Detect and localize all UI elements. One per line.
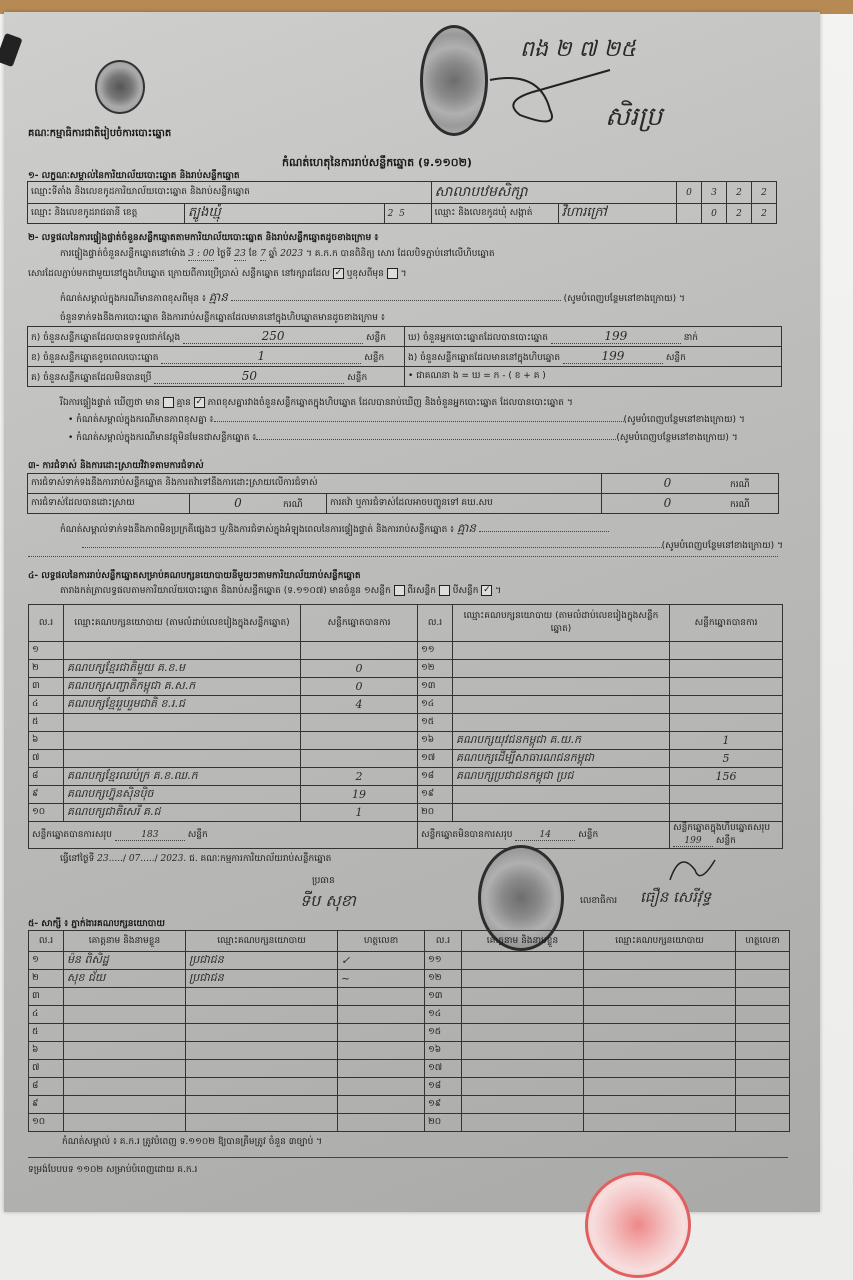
forwarded-label: ការតវ៉ា ឬការជំទាស់ដែលអាចបញ្ជូនទៅ គឃ.សប xyxy=(327,494,602,514)
case-unit: ករណី xyxy=(283,500,303,510)
section1-table: ឈ្មោះទីតាំង និងលេខកូដការិយាល័យបោះឆ្នោត ន… xyxy=(27,181,777,224)
witness-name xyxy=(64,1096,186,1114)
witness-name xyxy=(64,1024,186,1042)
unit-label: សន្លឹក xyxy=(666,353,686,363)
row-no: ៧ xyxy=(29,750,64,768)
party-name xyxy=(64,714,301,732)
vote-count: 4 xyxy=(301,696,418,714)
party-name xyxy=(453,696,670,714)
witness-party: ប្រជាជន xyxy=(186,952,338,970)
witness-signature xyxy=(736,1024,790,1042)
count-month: 7 xyxy=(260,248,266,261)
row-no: ៨ xyxy=(29,1078,64,1096)
table-row: ៣១៣ xyxy=(29,988,790,1006)
party-name: គណបក្សដើម្បីសាធារណជនកម្ពុជា xyxy=(453,750,670,768)
witness-party xyxy=(186,1114,338,1132)
section2-line2: សោរដែលភ្ជាប់មកជាមួយនៅក្នុងហិបឆ្នោត ក្រោយ… xyxy=(28,268,407,280)
witness-party xyxy=(584,1006,736,1024)
section3-fill-hint: (សូមបំពេញបន្ថែមនៅខាងក្រោយ) ។ xyxy=(28,540,783,552)
col-no: ល.រ xyxy=(418,605,453,642)
nec-logo-icon xyxy=(95,60,145,114)
count-a-value: 250 xyxy=(183,329,363,344)
form-footer: ទម្រង់បែបបទ ១១០២ សម្រាប់បំពេញដោយ គ.ក.រ xyxy=(28,1164,197,1176)
table-row: ៦១៦គណបក្សយុវជនកម្ពុជា គ.យ.ក1 xyxy=(29,732,783,750)
table-row: ២គណបក្សខ្មែរជាតិមួយ គ.ខ.ម0១២ xyxy=(29,660,783,678)
witness-party xyxy=(584,1114,736,1132)
witness-party xyxy=(186,1078,338,1096)
unit-label: សន្លឹក xyxy=(366,333,386,343)
total-box-value: 199 xyxy=(673,836,713,847)
party-name xyxy=(64,642,301,660)
province-value: ត្បូងឃ្មុំ xyxy=(185,204,385,224)
table-row: ៣គណបក្សសញ្ជាតិកម្ពុជា គ.ស.ក0១៣ xyxy=(29,678,783,696)
province-code-digit: 5 xyxy=(399,209,405,219)
count-b-value: 1 xyxy=(161,349,361,364)
count-c-label: គ) ចំនួនសន្លឹកឆ្នោតដែលមិនបានប្រើ xyxy=(31,373,151,383)
table-row: ៩គណបក្សហ្វ៊ុនស៊ិនប៉ិច19១៩ xyxy=(29,786,783,804)
secretary-label: លេខាធិការ xyxy=(580,895,617,907)
witness-name xyxy=(462,1060,584,1078)
commune-code-digit: 2 xyxy=(727,204,752,224)
province-code-digit: 2 xyxy=(388,209,394,219)
witness-name: ម៉ន ពិសិដ្ឋ xyxy=(64,952,186,970)
row-no: ១៩ xyxy=(425,1096,462,1114)
count-d-label: ឃ) ចំនួនអ្នកបោះឆ្នោតដែលបានបោះឆ្នោត xyxy=(408,333,548,343)
note-value: គ្មាន xyxy=(457,521,476,535)
row-no: ១១ xyxy=(425,952,462,970)
witness-name xyxy=(64,1060,186,1078)
party-name xyxy=(453,642,670,660)
section2-line1: ការផ្ទៀងផ្ទាត់ចំនួនសន្លឹកឆ្នោតនៅម៉ោង 3 :… xyxy=(60,248,780,261)
witness-name xyxy=(64,988,186,1006)
party-name: គណបក្សខ្មែរជាតិមួយ គ.ខ.ម xyxy=(64,660,301,678)
row-no: ១១ xyxy=(418,642,453,660)
col-party: ឈ្មោះគណបក្សនយោបាយ (តាមលំដាប់លេខរៀងក្នុងស… xyxy=(64,605,301,642)
witness-signature xyxy=(736,970,790,988)
vote-count xyxy=(301,732,418,750)
row-no: ១៧ xyxy=(418,750,453,768)
count-time: 3 : 00 xyxy=(188,248,214,261)
row-no: ៧ xyxy=(29,1060,64,1078)
vote-count xyxy=(670,678,783,696)
commune-value: វិហារក្រៅ xyxy=(558,204,676,224)
witness-party xyxy=(186,1006,338,1024)
forwarded-value: 0 xyxy=(605,496,730,510)
changed-checkbox[interactable] xyxy=(387,268,398,279)
party-name: គណបក្សសញ្ជាតិកម្ពុជា គ.ស.ក xyxy=(64,678,301,696)
fill-hint: (សូមបំពេញបន្ថែមនៅខាងក្រោយ) ។ xyxy=(616,433,737,443)
table-row: ៩១៩ xyxy=(29,1096,790,1114)
row-no: ១៧ xyxy=(425,1060,462,1078)
witness-name xyxy=(462,970,584,988)
date-month: 07 xyxy=(129,854,140,864)
diff-prefix: រីឯការផ្ទៀងផ្ទាត់ ឃើញថា មាន xyxy=(60,398,160,408)
witness-signature xyxy=(736,1096,790,1114)
section3-title: ៣- ការជំទាស់ និងការដោះស្រាយវិវាទតាមការជំ… xyxy=(28,460,204,472)
witness-signature xyxy=(338,1042,425,1060)
row-no: ១៦ xyxy=(418,732,453,750)
line1-suffix: ។ គ.ក.ក បានពិនិត្យ សោរ ដែលបិទភ្ជាប់នៅលើហ… xyxy=(306,249,495,259)
row-no: ១៨ xyxy=(425,1078,462,1096)
witness-party xyxy=(584,1060,736,1078)
location-code-digit: 0 xyxy=(677,182,702,204)
unit-label: សន្លឹក xyxy=(347,373,367,383)
witness-signature xyxy=(338,988,425,1006)
table-row: ៥១៥ xyxy=(29,714,783,732)
row-no: ៨ xyxy=(29,768,64,786)
witness-signature xyxy=(338,1078,425,1096)
row-no: ១៤ xyxy=(425,1006,462,1024)
party-name xyxy=(453,786,670,804)
row-no: ១២ xyxy=(425,970,462,988)
signature-scribble-icon xyxy=(480,60,620,130)
table-row: ៦១៦ xyxy=(29,1042,790,1060)
row-no: ១៥ xyxy=(418,714,453,732)
party-name: គណបក្សយុវជនកម្ពុជា គ.យ.ក xyxy=(453,732,670,750)
divider xyxy=(28,1157,788,1158)
witness-table: ល.រ គោត្តនាម និងនាមខ្លួន ឈ្មោះគណបក្សនយោប… xyxy=(28,930,790,1132)
row-no: ១៦ xyxy=(425,1042,462,1060)
dotted-line xyxy=(28,556,778,557)
fill-hint: (សូមបំពេញបន្ថែមនៅខាងក្រោយ) ។ xyxy=(564,294,685,304)
witness-party xyxy=(186,1096,338,1114)
count-e-value: 199 xyxy=(563,349,663,364)
footnote: កំណត់សម្គាល់ ៖ គ.ក.រ ត្រូវបំពេញ ទ.១១០២ ឱ… xyxy=(62,1136,322,1148)
row-no: ៩ xyxy=(29,786,64,804)
row-no: ១០ xyxy=(29,1114,64,1132)
signoff-date: ធ្វើនៅថ្ងៃទី 23...../ 07...../ 2023. ជ. … xyxy=(60,853,331,865)
total-invalid-value: 14 xyxy=(515,830,575,841)
resolved-label: ការជំទាស់ដែលបានដោះស្រាយ xyxy=(28,494,190,514)
bullet2-label: • កំណត់សម្គាល់ក្នុងករណីមានវត្ថុមិនមែនជាស… xyxy=(68,433,256,443)
section4-intro: តារាងកត់ត្រាលទ្ធផលតាមការិយាល័យបោះឆ្នោត ន… xyxy=(60,585,501,597)
top-signature-note: សិរប្រ xyxy=(605,100,662,138)
count-day: 23 xyxy=(234,248,245,261)
row-no: ៥ xyxy=(29,1024,64,1042)
witness-party xyxy=(186,988,338,1006)
bullet1-label: • កំណត់សម្គាល់ក្នុងករណីមានភាពខុសគ្នា ៖ xyxy=(68,415,214,425)
counts-table: ក) ចំនួនសន្លឹកឆ្នោតដែលបានទទួលជាក់ស្តែង 2… xyxy=(27,326,782,387)
table-row: ១០គណបក្សជាតិសេរី គ.ជ1២០ xyxy=(29,804,783,822)
count-c-value: 50 xyxy=(154,369,344,384)
secretary-signature: ធឿន សេរីវុទ្ធ xyxy=(640,888,711,910)
location-code-digit: 2 xyxy=(752,182,777,204)
committee-label: ជ. គណៈកម្មការការិយាល័យរាប់សន្លឹកឆ្នោត xyxy=(189,854,331,864)
objection-row1-value: 0 xyxy=(605,476,730,490)
diff-suffix: ភាពខុសគ្នារវាងចំនួនសន្លឹកឆ្នោតក្នុងហិបឆ្… xyxy=(208,398,573,408)
table-row: ១០២០ xyxy=(29,1114,790,1132)
witness-name xyxy=(462,1006,584,1024)
witness-party xyxy=(186,1060,338,1078)
col-party: ឈ្មោះគណបក្សនយោបាយ xyxy=(584,931,736,952)
col-name: គោត្តនាម និងនាមខ្លួន xyxy=(64,931,186,952)
witness-party xyxy=(584,1042,736,1060)
witness-signature xyxy=(736,1078,790,1096)
row-no: ៣ xyxy=(29,678,64,696)
total-invalid-label: សន្លឹកឆ្នោតមិនបានការសរុប xyxy=(421,830,512,840)
witness-signature xyxy=(736,988,790,1006)
table-row: ១ម៉ន ពិសិដ្ឋប្រជាជន✓១១ xyxy=(29,952,790,970)
witness-party xyxy=(584,988,736,1006)
diff-has-checkbox[interactable] xyxy=(163,397,174,408)
witness-signature xyxy=(338,1060,425,1078)
witness-signature xyxy=(736,952,790,970)
unit-label: សន្លឹក xyxy=(578,830,598,840)
witness-name: សុខ ជ័យ xyxy=(64,970,186,988)
witness-name xyxy=(462,1042,584,1060)
commune-code-digit: 2 xyxy=(752,204,777,224)
unit-label: នាក់ xyxy=(684,333,698,343)
vote-count: 156 xyxy=(670,768,783,786)
formula: • ជាគណនា ង = ឃ = ក - ( ខ + គ ) xyxy=(405,367,782,387)
witness-party xyxy=(584,952,736,970)
row-no: ៤ xyxy=(29,696,64,714)
note-value: គ្មាន xyxy=(209,290,228,304)
year-label: ឆ្នាំ xyxy=(269,249,278,259)
count-a-label: ក) ចំនួនសន្លឹកឆ្នោតដែលបានទទួលជាក់ស្តែង xyxy=(31,333,180,343)
witness-name xyxy=(462,1078,584,1096)
two-sheets-checkbox[interactable] xyxy=(439,585,450,596)
form-title: កំណត់ហេតុនៃការរាប់សន្លឹកឆ្នោត (ទ.១១០២) xyxy=(282,157,472,169)
vote-count xyxy=(301,750,418,768)
row-no: ១៤ xyxy=(418,696,453,714)
note-label: កំណត់សម្គាល់ទាក់ទងនឹងភាពមិនប្រក្រតីផ្សេង… xyxy=(60,525,454,535)
vote-count: 1 xyxy=(670,732,783,750)
one-sheet-checkbox[interactable] xyxy=(394,585,405,596)
row-no: ៦ xyxy=(29,732,64,750)
row-no: ២០ xyxy=(418,804,453,822)
witness-signature xyxy=(338,1006,425,1024)
date-label: ធ្វើនៅថ្ងៃទី xyxy=(60,854,94,864)
witness-name xyxy=(64,1042,186,1060)
three-sheets-label: បីសន្លឹក xyxy=(453,586,479,596)
party-name: គណបក្សហ្វ៊ុនស៊ិនប៉ិច xyxy=(64,786,301,804)
date-year: 2023 xyxy=(160,854,183,864)
vote-count xyxy=(670,714,783,732)
witness-signature xyxy=(736,1042,790,1060)
total-valid-label: សន្លឹកឆ្នោតបានការសរុប xyxy=(32,830,112,840)
section2-note: កំណត់សម្គាល់ក្នុងករណីមានភាពខុសពីមុន ៖ គ្… xyxy=(60,291,780,305)
intro-text: តារាងកត់ត្រាលទ្ធផលតាមការិយាល័យបោះឆ្នោត ន… xyxy=(60,586,391,596)
party-name: គណបក្សប្រជាជនកម្ពុជា ប្រជ xyxy=(453,768,670,786)
two-sheets-label: ពីរសន្លឹក xyxy=(407,586,436,596)
witness-name xyxy=(64,1114,186,1132)
diff-none-checkbox[interactable]: ✓ xyxy=(194,397,205,408)
vote-count xyxy=(670,660,783,678)
witness-name xyxy=(462,952,584,970)
col-no: ល.រ xyxy=(29,605,64,642)
party-name xyxy=(453,714,670,732)
vote-count: 0 xyxy=(301,660,418,678)
vote-count xyxy=(670,642,783,660)
col-party: ឈ្មោះគណបក្សនយោបាយ (តាមលំដាប់លេខរៀងក្នុងស… xyxy=(453,605,670,642)
count-b-label: ខ) ចំនួនសន្លឹកឆ្នោតខូចពេលបោះឆ្នោត xyxy=(31,353,158,363)
row-no: ១៨ xyxy=(418,768,453,786)
line1-prefix: ការផ្ទៀងផ្ទាត់ចំនួនសន្លឹកឆ្នោតនៅម៉ោង xyxy=(60,249,186,259)
witness-signature xyxy=(338,1114,425,1132)
row-no: ១ xyxy=(29,642,64,660)
party-name xyxy=(453,660,670,678)
table-row: ១១១ xyxy=(29,642,783,660)
vote-count xyxy=(670,696,783,714)
vote-count: 19 xyxy=(301,786,418,804)
party-name: គណបក្សជាតិសេរី គ.ជ xyxy=(64,804,301,822)
row-no: ១៩ xyxy=(418,786,453,804)
line2-text: សោរដែលភ្ជាប់មកជាមួយនៅក្នុងហិបឆ្នោត ក្រោយ… xyxy=(28,269,330,279)
province-label: ឈ្មោះ និងលេខកូដរាជធានី ខេត្ត xyxy=(28,204,185,224)
three-sheets-checkbox[interactable]: ✓ xyxy=(481,585,492,596)
col-sign: ហត្ថលេខា xyxy=(338,931,425,952)
witness-signature: ~ xyxy=(338,970,425,988)
witness-party xyxy=(584,1078,736,1096)
bullet1-line: • កំណត់សម្គាល់ក្នុងករណីមានភាពខុសគ្នា ៖(ស… xyxy=(68,414,783,426)
col-no: ល.រ xyxy=(29,931,64,952)
vote-count: 1 xyxy=(301,804,418,822)
day-label: ថ្ងៃទី xyxy=(217,249,231,259)
president-label: ប្រធាន xyxy=(312,875,335,887)
witness-name xyxy=(462,1024,584,1042)
vote-count xyxy=(301,642,418,660)
vote-count: 2 xyxy=(301,768,418,786)
col-name: គោត្តនាម និងនាមខ្លួន xyxy=(462,931,584,952)
section4-title: ៤- លទ្ធផលនៃការរាប់សន្លឹកឆ្នោតសម្រាប់គណបក… xyxy=(28,570,361,582)
commune-label: ឈ្មោះ និងលេខកូដឃុំ សង្កាត់ xyxy=(431,204,558,224)
row-no: ៥ xyxy=(29,714,64,732)
bullet2-line: • កំណត់សម្គាល់ក្នុងករណីមានវត្ថុមិនមែនជាស… xyxy=(68,432,783,444)
intact-checkbox[interactable]: ✓ xyxy=(333,268,344,279)
party-name xyxy=(64,750,301,768)
section3-note: កំណត់សម្គាល់ទាក់ទងនឹងភាពមិនប្រក្រតីផ្សេង… xyxy=(60,522,780,536)
witness-party xyxy=(584,1024,736,1042)
witness-name xyxy=(462,988,584,1006)
results-table: ល.រ ឈ្មោះគណបក្សនយោបាយ (តាមលំដាប់លេខរៀងក្… xyxy=(28,604,783,849)
location-value: សាលាបឋមសិក្សា xyxy=(431,182,676,204)
table-row: ៨១៨ xyxy=(29,1078,790,1096)
table-row: ៤១៤ xyxy=(29,1006,790,1024)
party-name xyxy=(64,732,301,750)
row-no: ៩ xyxy=(29,1096,64,1114)
resolved-value: 0 xyxy=(193,496,283,510)
count-year: 2023 xyxy=(280,249,303,259)
count-e-label: ង) ចំនួនសន្លឹកឆ្នោតដែលមាននៅក្នុងហិបឆ្នោត xyxy=(408,353,560,363)
row-no: ៦ xyxy=(29,1042,64,1060)
col-sign: ហត្ថលេខា xyxy=(736,931,790,952)
diff-line: រីឯការផ្ទៀងផ្ទាត់ ឃើញថា មាន គ្មាន ✓ ភាពខ… xyxy=(60,397,800,409)
witness-party xyxy=(186,1024,338,1042)
row-no: ២ xyxy=(29,970,64,988)
location-code-digit: 2 xyxy=(727,182,752,204)
table-row: ៥១៥ xyxy=(29,1024,790,1042)
row-no: ១០ xyxy=(29,804,64,822)
row-no: ១៣ xyxy=(425,988,462,1006)
table-row: ៤គណបក្សខ្មែររួបរួមជាតិ ខ.រ.ជ4១៤ xyxy=(29,696,783,714)
vote-count: 0 xyxy=(301,678,418,696)
president-signature: ទីប សុខា xyxy=(300,890,356,914)
changed-label: ឬខុសពីមុន xyxy=(347,269,384,279)
table-row: ២សុខ ជ័យប្រជាជន~១២ xyxy=(29,970,790,988)
org-name: គណៈកម្មាធិការជាតិរៀបចំការបោះឆ្នោត xyxy=(28,128,171,140)
party-name xyxy=(453,804,670,822)
location-label: ឈ្មោះទីតាំង និងលេខកូដការិយាល័យបោះឆ្នោត ន… xyxy=(28,182,432,204)
witness-signature xyxy=(338,1024,425,1042)
row-no: ២ xyxy=(29,660,64,678)
unit-label: សន្លឹក xyxy=(364,353,384,363)
witness-name xyxy=(64,1006,186,1024)
month-label: ខែ xyxy=(249,249,258,259)
total-valid-value: 183 xyxy=(115,830,185,841)
witness-signature xyxy=(338,1096,425,1114)
unit-label: សន្លឹក xyxy=(716,836,736,846)
red-seal-stamp-icon xyxy=(585,1172,691,1278)
witness-party xyxy=(584,1096,736,1114)
section2-title: ២- លទ្ធផលនៃការផ្ទៀងផ្ទាត់ចំនួនសន្លឹកឆ្នោ… xyxy=(28,232,378,244)
initials-scribble-icon xyxy=(660,850,720,890)
count-d-value: 199 xyxy=(551,329,681,344)
witness-name xyxy=(462,1114,584,1132)
col-votes: សន្លឹកឆ្នោតបានការ xyxy=(670,605,783,642)
vote-count xyxy=(670,786,783,804)
party-name xyxy=(453,678,670,696)
witness-signature xyxy=(736,1060,790,1078)
row-no: ១៣ xyxy=(418,678,453,696)
row-no: ១ xyxy=(29,952,64,970)
location-code-digit: 3 xyxy=(702,182,727,204)
note-label: កំណត់សម្គាល់ក្នុងករណីមានភាពខុសពីមុន ៖ xyxy=(60,294,206,304)
vote-count: 5 xyxy=(670,750,783,768)
row-no: ១៥ xyxy=(425,1024,462,1042)
witness-name xyxy=(64,1078,186,1096)
total-box-label: សន្លឹកឆ្នោតក្នុងហិបឆ្នោតសរុប xyxy=(673,823,770,833)
fill-hint: (សូមបំពេញបន្ថែមនៅខាងក្រោយ) ។ xyxy=(624,415,745,425)
table-row: ៧១៧ xyxy=(29,1060,790,1078)
vote-count xyxy=(670,804,783,822)
row-no: ៤ xyxy=(29,1006,64,1024)
witness-signature xyxy=(736,1114,790,1132)
fill-hint: (សូមបំពេញបន្ថែមនៅខាងក្រោយ) ។ xyxy=(662,541,783,551)
commune-code-digit: 0 xyxy=(702,204,727,224)
party-name: គណបក្សខ្មែរឈប់ក្រ គ.ខ.ឈ.ក xyxy=(64,768,301,786)
witness-name xyxy=(462,1096,584,1114)
col-no: ល.រ xyxy=(425,931,462,952)
party-name: គណបក្សខ្មែររួបរួមជាតិ ខ.រ.ជ xyxy=(64,696,301,714)
summary-intro: ចំនួនទាក់ទងនឹងការបោះឆ្នោត និងការរាប់សន្ល… xyxy=(60,312,385,324)
witness-signature: ✓ xyxy=(338,952,425,970)
case-unit: ករណី xyxy=(730,500,750,510)
row-no: ៣ xyxy=(29,988,64,1006)
row-no: ២០ xyxy=(425,1114,462,1132)
official-stamp-icon xyxy=(420,25,488,136)
case-unit: ករណី xyxy=(730,480,750,490)
diff-none-label: គ្មាន xyxy=(177,398,191,408)
witness-party xyxy=(584,970,736,988)
witness-signature xyxy=(736,1006,790,1024)
table-row: ៧១៧គណបក្សដើម្បីសាធារណជនកម្ពុជា5 xyxy=(29,750,783,768)
row-no: ១២ xyxy=(418,660,453,678)
vote-count xyxy=(301,714,418,732)
objection-row1-label: ការជំទាស់ទាក់ទងនឹងការរាប់សន្លឹកឆ្នោត និង… xyxy=(28,474,602,494)
unit-label: សន្លឹក xyxy=(188,830,208,840)
objections-table: ការជំទាស់ទាក់ទងនឹងការរាប់សន្លឹកឆ្នោត និង… xyxy=(27,473,779,514)
col-party: ឈ្មោះគណបក្សនយោបាយ xyxy=(186,931,338,952)
date-day: 23 xyxy=(97,854,108,864)
witness-party xyxy=(186,1042,338,1060)
section5-title: ៥- សាក្សី ៖ ភ្នាក់ងារគណបក្សនយោបាយ xyxy=(28,918,165,930)
col-votes: សន្លឹកឆ្នោតបានការ xyxy=(301,605,418,642)
witness-party: ប្រជាជន xyxy=(186,970,338,988)
table-row: ៨គណបក្សខ្មែរឈប់ក្រ គ.ខ.ឈ.ក2១៨គណបក្សប្រជា… xyxy=(29,768,783,786)
